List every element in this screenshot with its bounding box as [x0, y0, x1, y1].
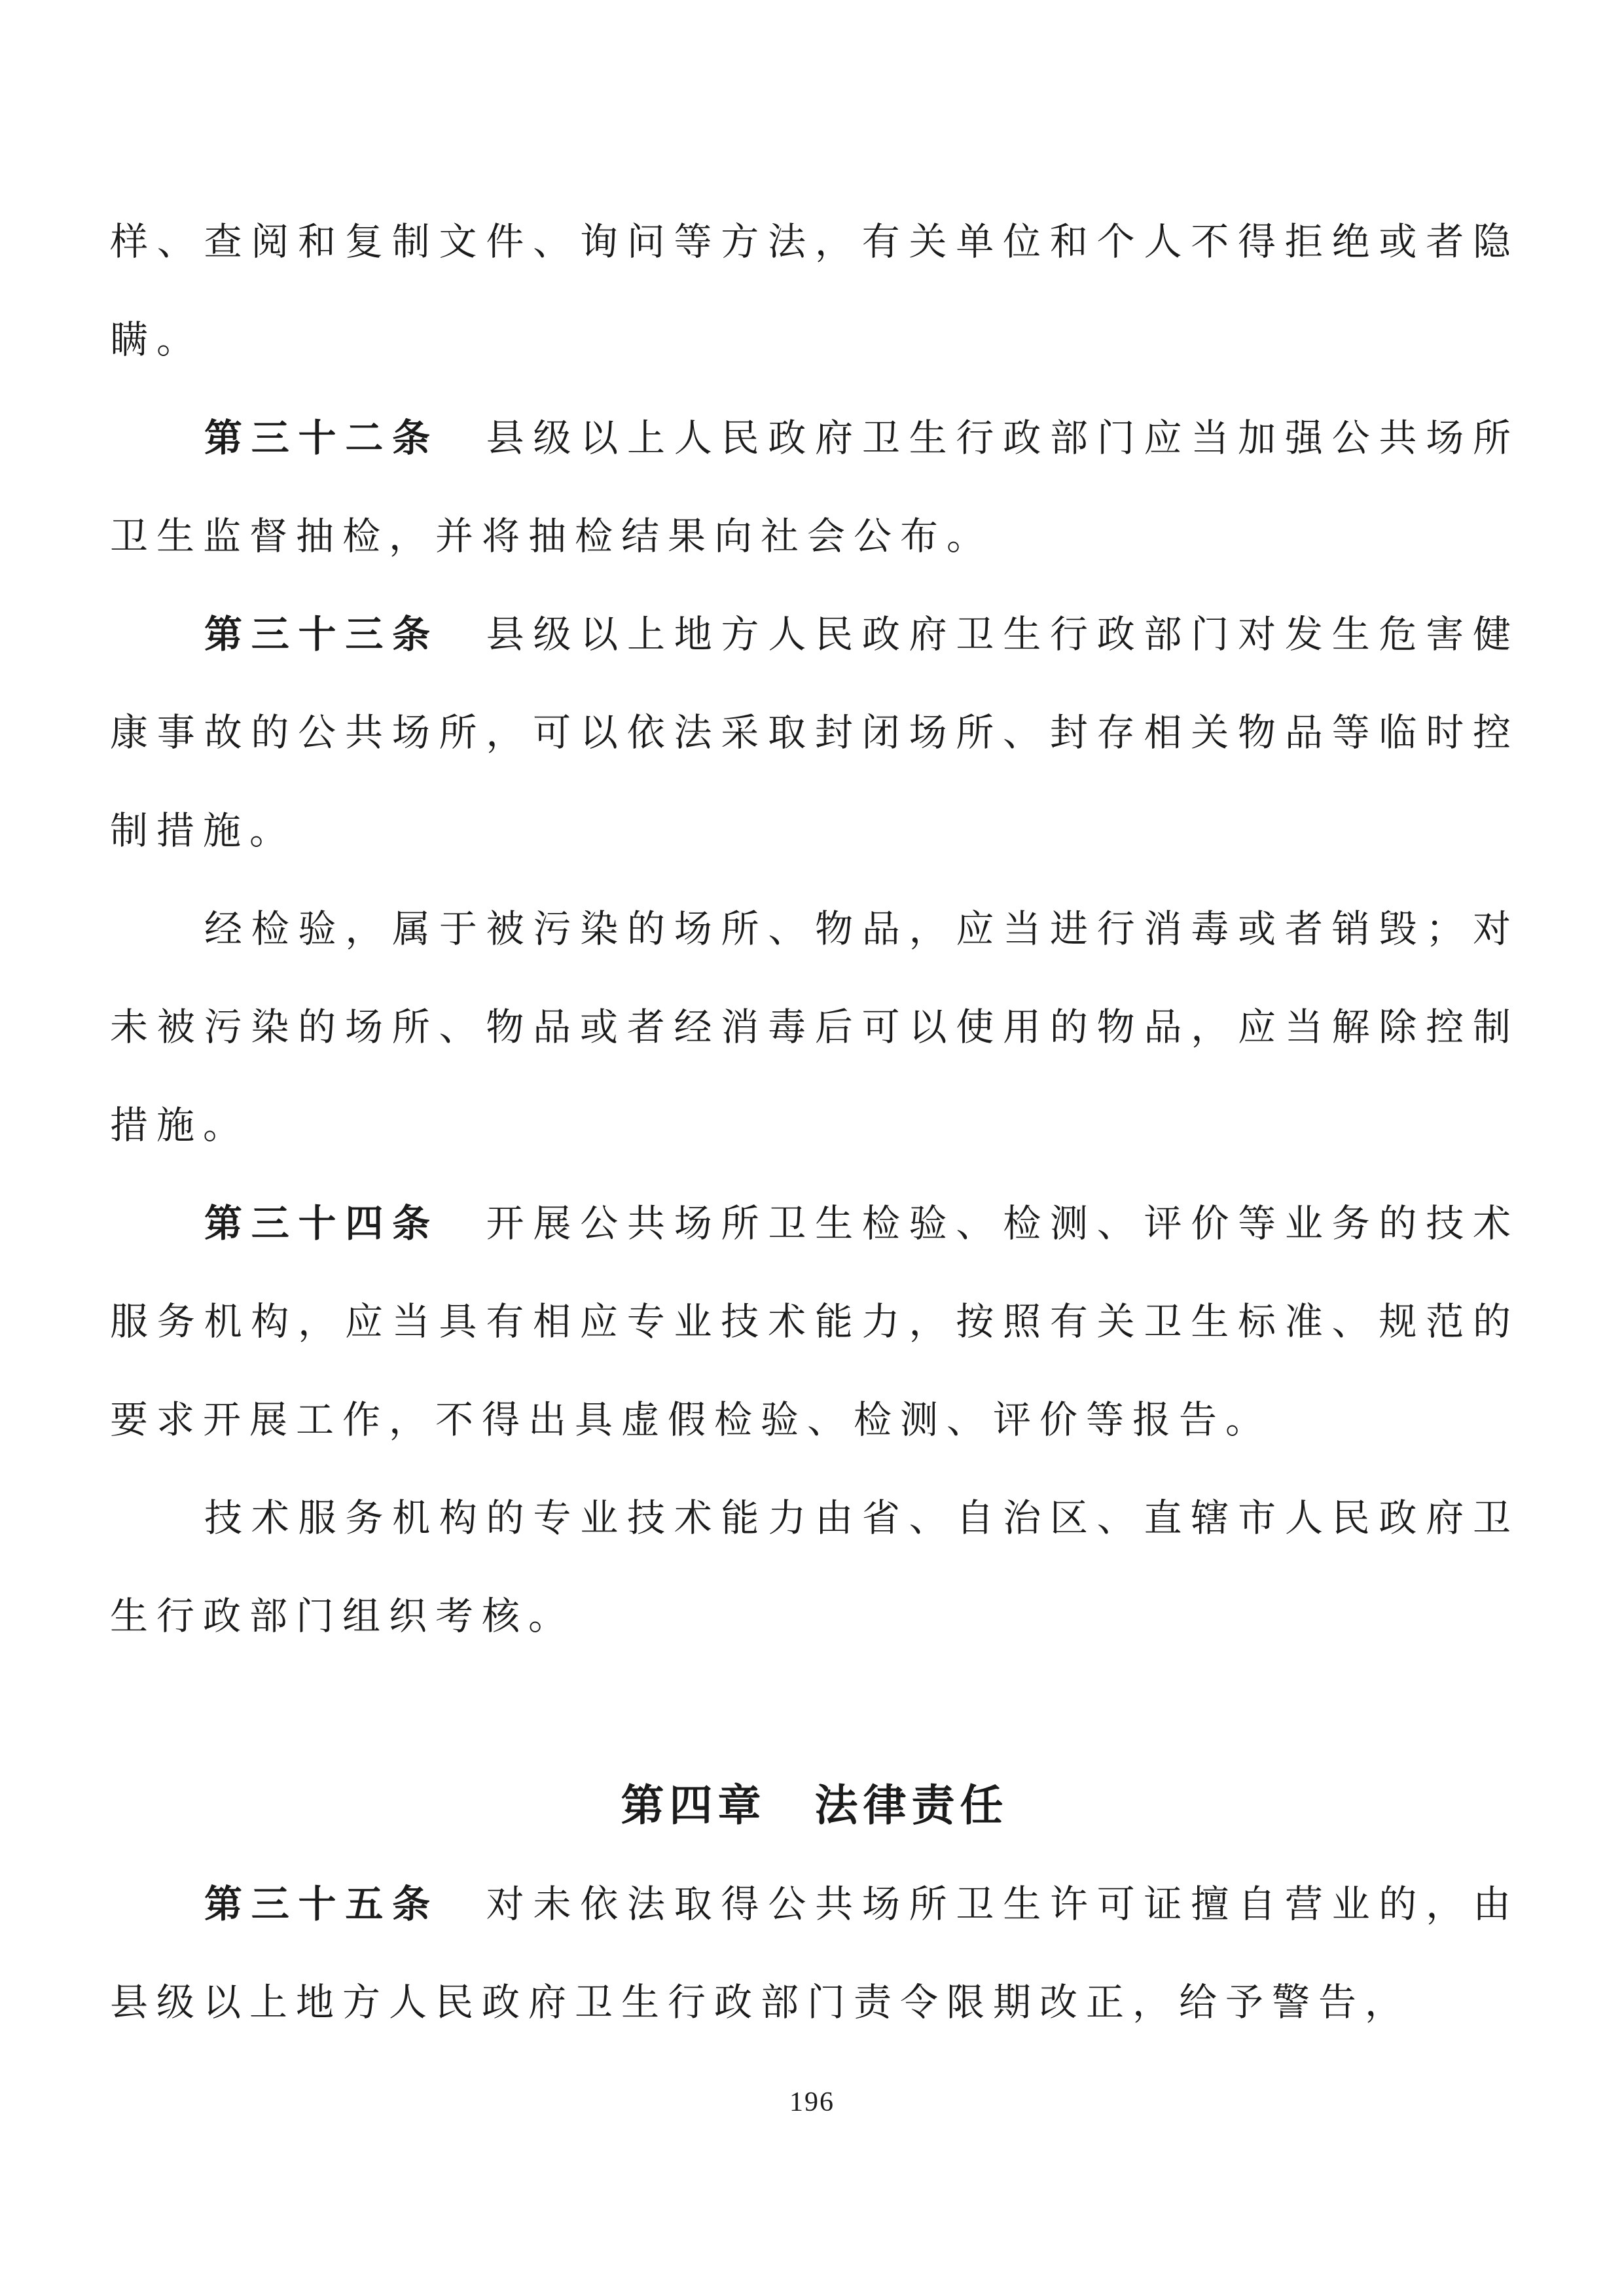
page-number: 196: [0, 2087, 1624, 2118]
paragraph: 第三十五条 对未依法取得公共场所卫生许可证擅自营业的，由县级以上地方人民政府卫生…: [110, 1856, 1519, 2052]
paragraph: 技术服务机构的专业技术能力由省、自治区、直辖市人民政府卫生行政部门组织考核。: [110, 1469, 1519, 1666]
paragraph: 第三十三条 县级以上地方人民政府卫生行政部门对发生危害健康事故的公共场所，可以依…: [110, 586, 1519, 880]
article-number: 第三十五条: [204, 1883, 439, 1926]
paragraph: 第三十四条 开展公共场所卫生检验、检测、评价等业务的技术服务机构，应当具有相应专…: [110, 1175, 1519, 1469]
paragraph: 样、查阅和复制文件、询问等方法，有关单位和个人不得拒绝或者隐瞒。: [110, 193, 1519, 389]
document-page: 样、查阅和复制文件、询问等方法，有关单位和个人不得拒绝或者隐瞒。第三十二条 县级…: [0, 0, 1624, 2296]
text-content: 样、查阅和复制文件、询问等方法，有关单位和个人不得拒绝或者隐瞒。第三十二条 县级…: [110, 193, 1519, 2052]
paragraph-text: 样、查阅和复制文件、询问等方法，有关单位和个人不得拒绝或者隐瞒。: [110, 221, 1519, 361]
paragraph-text: 技术服务机构的专业技术能力由省、自治区、直辖市人民政府卫生行政部门组织考核。: [110, 1497, 1519, 1638]
article-number: 第三十三条: [204, 613, 439, 656]
article-number: 第三十四条: [204, 1202, 439, 1245]
chapter-heading: 第四章 法律责任: [110, 1757, 1519, 1856]
paragraph-text: 经检验，属于被污染的场所、物品，应当进行消毒或者销毁；对未被污染的场所、物品或者…: [110, 908, 1519, 1147]
paragraph: 第三十二条 县级以上人民政府卫生行政部门应当加强公共场所卫生监督抽检，并将抽检结…: [110, 389, 1519, 586]
paragraph: 经检验，属于被污染的场所、物品，应当进行消毒或者销毁；对未被污染的场所、物品或者…: [110, 880, 1519, 1175]
article-number: 第三十二条: [204, 417, 439, 459]
